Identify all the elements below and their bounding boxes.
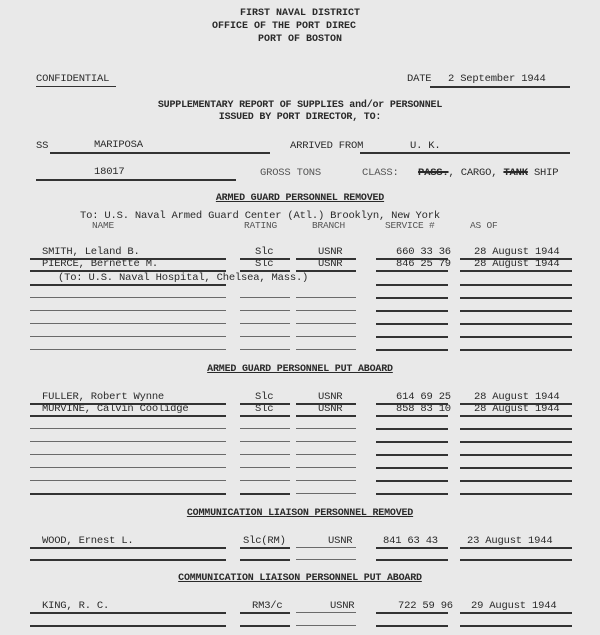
port-heading: PORT OF BOSTON [200, 34, 400, 45]
ag-removed-row-2-rating: Slc [255, 258, 273, 270]
cl-aboard-row-1-service: 722 59 96 [398, 600, 453, 612]
gross-tons-label: GROSS TONS [260, 167, 321, 179]
ag-removed-row-2-name: PIERCE, Bernette M. [42, 258, 158, 270]
report-subtitle: ISSUED BY PORT DIRECTOR, TO: [0, 112, 600, 123]
class-tank-struck: TANK [503, 167, 527, 179]
ag-aboard-row-2-service: 858 83 10 [396, 403, 451, 415]
ag-aboard-row-2-rating: Slc [255, 403, 273, 415]
class-ship: SHIP [528, 167, 559, 179]
district-heading: FIRST NAVAL DISTRICT [200, 8, 400, 19]
report-title: SUPPLEMENTARY REPORT OF SUPPLIES and/or … [0, 100, 600, 111]
ag-removed-row-1-service: 660 33 36 [396, 246, 451, 258]
cl-aboard-row-1-rating: RM3/c [252, 600, 283, 612]
arrived-from-underline [360, 152, 570, 154]
date-value: 2 September 1944 [448, 73, 546, 85]
ag-removed-row-1-rating: Slc [255, 246, 273, 258]
arrived-from-value: U. K. [410, 140, 441, 152]
class-pass-struck: PASS. [418, 167, 449, 179]
section-title-cl-removed: COMMUNICATION LIAISON PERSONNEL REMOVED [0, 508, 600, 519]
cl-aboard-row-1-name: KING, R. C. [42, 600, 109, 612]
col-header-service: SERVICE # [385, 220, 435, 231]
ag-removed-note: (To: U.S. Naval Hospital, Chelsea, Mass.… [58, 272, 308, 284]
ag-removed-row-1-branch: USNR [318, 246, 342, 258]
ag-removed-row-1-name: SMITH, Leland B. [42, 246, 140, 258]
cl-removed-row-1-as-of: 23 August 1944 [467, 535, 552, 547]
cl-aboard-row-1-branch: USNR [330, 600, 354, 612]
class-cargo: , CARGO, [449, 167, 504, 179]
col-header-name: NAME [92, 220, 114, 231]
ag-aboard-row-1-rating: Slc [255, 391, 273, 403]
gross-tons-value: 18017 [94, 166, 125, 178]
ag-aboard-row-2-name: MURVINE, Calvin Coolidge [42, 403, 188, 415]
date-label: DATE [407, 73, 431, 85]
col-header-as-of: AS OF [470, 220, 498, 231]
section-title-ag-removed: ARMED GUARD PERSONNEL REMOVED [0, 193, 600, 204]
section-title-ag-aboard: ARMED GUARD PERSONNEL PUT ABOARD [0, 364, 600, 375]
ship-class: PASS., CARGO, TANK SHIP [418, 167, 558, 179]
cl-removed-row-1-service: 841 63 43 [383, 535, 438, 547]
class-label: CLASS: [362, 167, 399, 179]
ship-name: MARIPOSA [94, 139, 143, 151]
ag-aboard-row-2-branch: USNR [318, 403, 342, 415]
ship-prefix: SS [36, 140, 48, 152]
ag-aboard-row-1-branch: USNR [318, 391, 342, 403]
ag-removed-row-2-service: 846 25 79 [396, 258, 451, 270]
ship-name-underline [50, 152, 270, 154]
cl-aboard-row-1-as-of: 29 August 1944 [471, 600, 556, 612]
date-underline [430, 86, 570, 88]
ag-aboard-row-1-as-of: 28 August 1944 [474, 391, 559, 403]
gross-tons-underline [36, 179, 236, 181]
ag-removed-row-2-branch: USNR [318, 258, 342, 270]
arrived-from-label: ARRIVED FROM [290, 140, 363, 152]
ag-aboard-row-2-as-of: 28 August 1944 [474, 403, 559, 415]
section-title-cl-aboard: COMMUNICATION LIAISON PERSONNEL PUT ABOA… [0, 573, 600, 584]
cl-removed-row-1-rating: Slc(RM) [243, 535, 286, 547]
classification-underline [36, 86, 116, 87]
col-header-branch: BRANCH [312, 220, 345, 231]
ag-aboard-row-1-service: 614 69 25 [396, 391, 451, 403]
cl-removed-row-1-branch: USNR [328, 535, 352, 547]
office-heading: OFFICE OF THE PORT DIREC [212, 21, 356, 32]
ag-aboard-row-1-name: FULLER, Robert Wynne [42, 391, 164, 403]
ag-removed-row-1-as-of: 28 August 1944 [474, 246, 559, 258]
cl-removed-row-1-name: WOOD, Ernest L. [42, 535, 134, 547]
document-page: FIRST NAVAL DISTRICT OFFICE OF THE PORT … [0, 0, 600, 635]
classification-label: CONFIDENTIAL [36, 73, 109, 85]
ag-removed-row-2-as-of: 28 August 1944 [474, 258, 559, 270]
col-header-rating: RATING [244, 220, 277, 231]
